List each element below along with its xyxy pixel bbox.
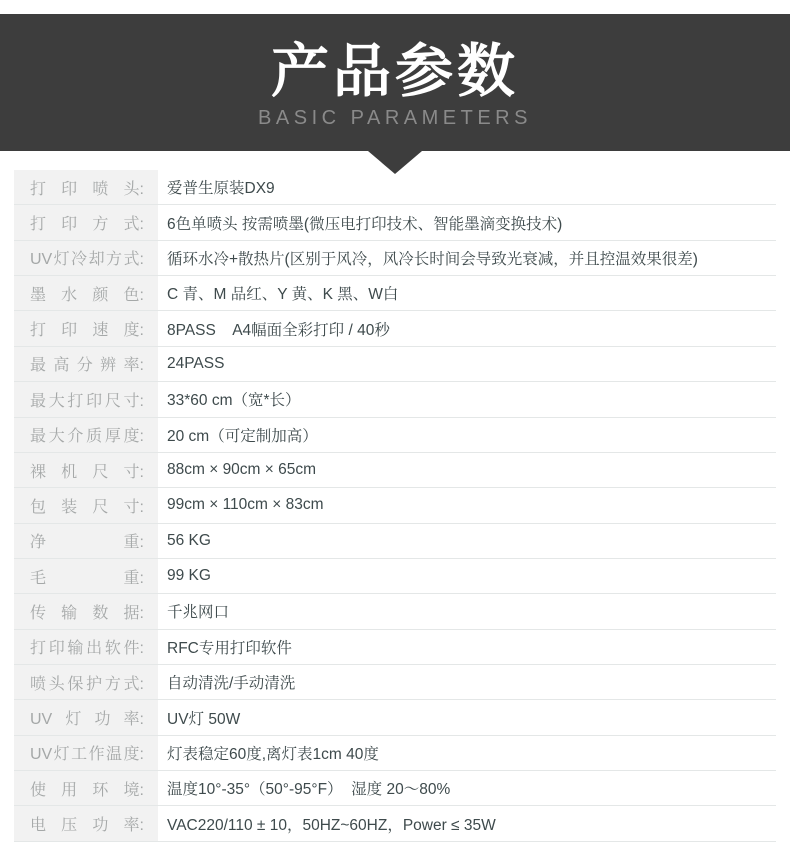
- row-label: 最高分辨率:: [14, 347, 158, 381]
- row-value: UV灯 50W: [158, 700, 776, 734]
- table-row: 最大打印尺寸: 33*60 cm（宽*长）: [14, 382, 776, 417]
- row-label: UV灯工作温度:: [14, 736, 158, 770]
- row-label-text: UV灯工作温度:: [30, 741, 144, 764]
- page-subtitle: BASIC PARAMETERS: [0, 107, 790, 130]
- row-label: 打印方式:: [14, 205, 158, 239]
- row-value: 33*60 cm（宽*长）: [158, 382, 776, 416]
- table-row: 电压功率: VAC220/110 ± 10，50HZ~60HZ，Power ≤ …: [14, 806, 776, 841]
- row-label-text: UV灯冷却方式:: [30, 246, 144, 269]
- spec-table: 打印喷头: 爱普生原装DX9 打印方式: 6色单喷头 按需喷墨(微压电打印技术、…: [14, 170, 776, 842]
- row-label: 裸机尺寸:: [14, 453, 158, 487]
- table-row: 墨水颜色: C 青、M 品红、Y 黄、K 黑、W白: [14, 276, 776, 311]
- row-label: 喷头保护方式:: [14, 665, 158, 699]
- row-label-text: 打印输出软件:: [30, 635, 144, 658]
- table-row: 打印方式: 6色单喷头 按需喷墨(微压电打印技术、智能墨滴变换技术): [14, 205, 776, 240]
- top-margin: [0, 0, 790, 14]
- row-label: 打印输出软件:: [14, 630, 158, 664]
- row-label-text: 电压功率:: [30, 812, 144, 835]
- row-value: 自动清洗/手动清洗: [158, 665, 776, 699]
- table-row: UV灯冷却方式: 循环水冷+散热片(区别于风冷，风冷长时间会导致光衰减，并且控温…: [14, 241, 776, 276]
- row-label: 最大介质厚度:: [14, 418, 158, 452]
- row-label: 包装尺寸:: [14, 488, 158, 522]
- table-row: UV灯功率: UV灯 50W: [14, 700, 776, 735]
- row-label-text: 打印喷头:: [30, 176, 144, 199]
- table-row: 最高分辨率: 24PASS: [14, 347, 776, 382]
- row-label-text: 打印方式:: [30, 211, 144, 234]
- row-label: 毛重:: [14, 559, 158, 593]
- row-value: 循环水冷+散热片(区别于风冷，风冷长时间会导致光衰减，并且控温效果很差): [158, 241, 776, 275]
- row-value: 千兆网口: [158, 594, 776, 628]
- row-label: UV灯冷却方式:: [14, 241, 158, 275]
- table-row: 使用环境: 温度10°-35°（50°-95°F） 湿度 20～80%: [14, 771, 776, 806]
- row-label: 最大打印尺寸:: [14, 382, 158, 416]
- row-value: 温度10°-35°（50°-95°F） 湿度 20～80%: [158, 771, 776, 805]
- row-value: 99 KG: [158, 559, 776, 593]
- row-value: 爱普生原装DX9: [158, 170, 776, 204]
- row-label: 打印速度:: [14, 311, 158, 345]
- row-value: C 青、M 品红、Y 黄、K 黑、W白: [158, 276, 776, 310]
- row-label: 墨水颜色:: [14, 276, 158, 310]
- row-value: 20 cm（可定制加高）: [158, 418, 776, 452]
- row-label-text: 包装尺寸:: [30, 494, 144, 517]
- row-label-text: 使用环境:: [30, 777, 144, 800]
- row-value: 24PASS: [158, 347, 776, 381]
- row-label: 电压功率:: [14, 806, 158, 840]
- row-label-text: 最高分辨率:: [30, 352, 144, 375]
- row-value: 99cm × 110cm × 83cm: [158, 488, 776, 522]
- table-row: 打印喷头: 爱普生原装DX9: [14, 170, 776, 205]
- row-value: RFC专用打印软件: [158, 630, 776, 664]
- row-label-text: 最大介质厚度:: [30, 423, 144, 446]
- row-label: UV灯功率:: [14, 700, 158, 734]
- table-row: UV灯工作温度: 灯表稳定60度,离灯表1cm 40度: [14, 736, 776, 771]
- page-title: 产品参数: [0, 14, 790, 106]
- row-label: 打印喷头:: [14, 170, 158, 204]
- table-row: 包装尺寸: 99cm × 110cm × 83cm: [14, 488, 776, 523]
- row-label-text: 最大打印尺寸:: [30, 388, 144, 411]
- table-row: 净重: 56 KG: [14, 524, 776, 559]
- row-label-text: 喷头保护方式:: [30, 671, 144, 694]
- row-label-text: UV灯功率:: [30, 706, 144, 729]
- table-row: 打印速度: 8PASS A4幅面全彩打印 / 40秒: [14, 311, 776, 346]
- row-value: 8PASS A4幅面全彩打印 / 40秒: [158, 311, 776, 345]
- table-row: 打印输出软件: RFC专用打印软件: [14, 630, 776, 665]
- row-value: VAC220/110 ± 10，50HZ~60HZ，Power ≤ 35W: [158, 806, 776, 840]
- table-row: 传输数据: 千兆网口: [14, 594, 776, 629]
- table-row: 毛重: 99 KG: [14, 559, 776, 594]
- row-value: 56 KG: [158, 524, 776, 558]
- row-label-text: 净重:: [30, 529, 144, 552]
- row-label-text: 打印速度:: [30, 317, 144, 340]
- banner-header: 产品参数 BASIC PARAMETERS: [0, 14, 790, 151]
- row-label-text: 毛重:: [30, 565, 144, 588]
- table-row: 喷头保护方式: 自动清洗/手动清洗: [14, 665, 776, 700]
- row-label: 净重:: [14, 524, 158, 558]
- row-label-text: 裸机尺寸:: [30, 459, 144, 482]
- row-value: 6色单喷头 按需喷墨(微压电打印技术、智能墨滴变换技术): [158, 205, 776, 239]
- row-label-text: 传输数据:: [30, 600, 144, 623]
- row-label: 传输数据:: [14, 594, 158, 628]
- row-label: 使用环境:: [14, 771, 158, 805]
- row-label-text: 墨水颜色:: [30, 282, 144, 305]
- table-row: 最大介质厚度: 20 cm（可定制加高）: [14, 418, 776, 453]
- row-value: 88cm × 90cm × 65cm: [158, 453, 776, 487]
- row-value: 灯表稳定60度,离灯表1cm 40度: [158, 736, 776, 770]
- banner-pointer-icon: [368, 151, 422, 174]
- table-row: 裸机尺寸: 88cm × 90cm × 65cm: [14, 453, 776, 488]
